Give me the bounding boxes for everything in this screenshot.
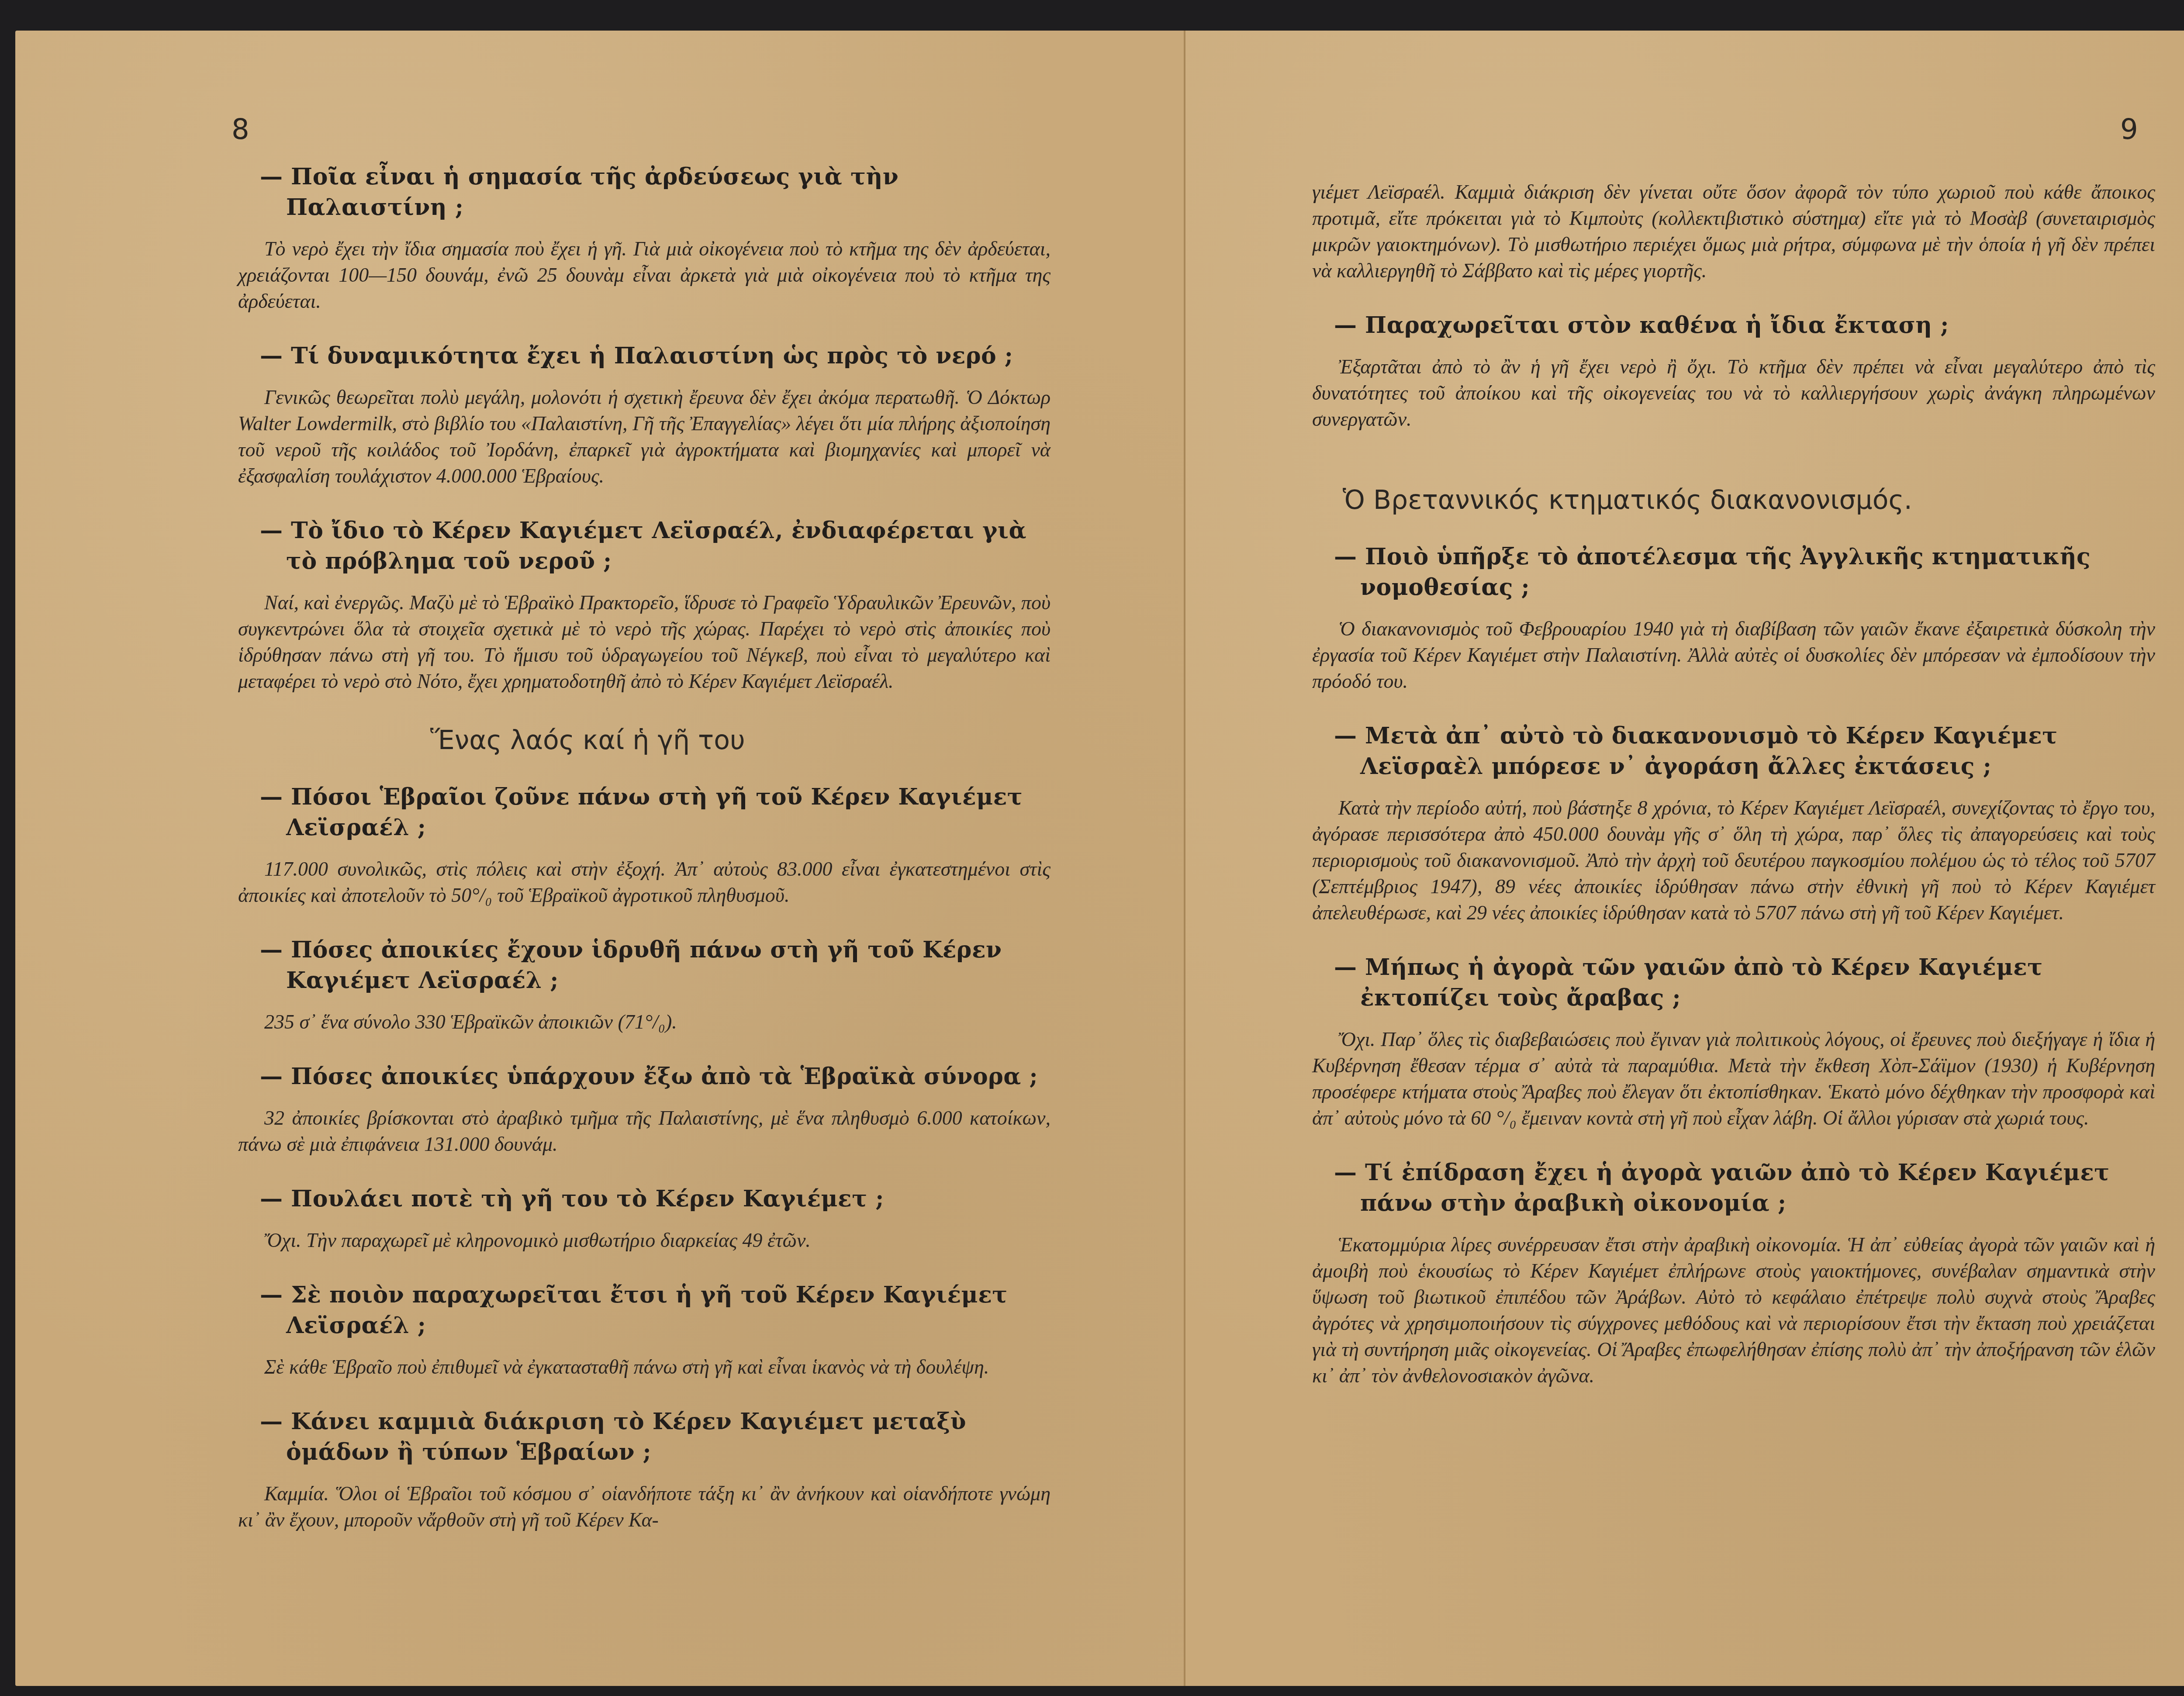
answer: 117.000 συνολικῶς, στὶς πόλεις καὶ στὴν … [238,856,1051,908]
page-number: 8 [232,114,249,146]
text-column: — Ποῖα εἶναι ἡ σημασία τῆς ἀρδεύσεως γιὰ… [238,162,1051,1559]
question: — Μήπως ἡ ἀγορὰ τῶν γαιῶν ἀπὸ τὸ Κέρεν Κ… [1312,952,2155,1013]
right-page: 9 γιέμετ Λεϊσραέλ. Καμμιὰ διάκριση δὲν γ… [1184,31,2184,1686]
question: — Πόσες ἀποικίες ἔχουν ἱδρυθῆ πάνω στὴ γ… [238,935,1051,996]
question: — Πόσες ἀποικίες ὑπάρχουν ἔξω ἀπὸ τὰ Ἑβρ… [238,1061,1051,1092]
answer: Ἑκατομμύρια λίρες συνέρρευσαν ἔτσι στὴν … [1312,1232,2155,1389]
question: — Μετὰ ἀπ᾿ αὐτὸ τὸ διακανονισμὸ τὸ Κέρεν… [1312,721,2155,782]
question: — Τί ἐπίδραση ἔχει ἡ ἀγορὰ γαιῶν ἀπὸ τὸ … [1312,1157,2155,1219]
answer: Κατὰ τὴν περίοδο αὐτή, ποὺ βάστηξε 8 χρό… [1312,795,2155,926]
answer: Γενικῶς θεωρεῖται πολὺ μεγάλη, μολονότι … [238,384,1051,489]
answer: 32 ἀποικίες βρίσκονται στὸ ἀραβικὸ τμῆμα… [238,1105,1051,1157]
answer: Ναί, καὶ ἐνεργῶς. Μαζὺ μὲ τὸ Ἑβραϊκὸ Πρα… [238,590,1051,694]
section-title: Ὁ Βρεταννικός κτηματικός διακανονισμός. [1312,485,2155,515]
page-number: 9 [2120,114,2138,146]
answer: Ὁ διακανονισμὸς τοῦ Φεβρουαρίου 1940 γιὰ… [1312,616,2155,694]
question: — Τί δυναμικότητα ἔχει ἡ Παλαιστίνη ὡς π… [238,341,1051,371]
answer: 235 σ᾿ ἕνα σύνολο 330 Ἑβραϊκῶν ἀποικιῶν … [238,1009,1051,1035]
question: — Τὸ ἴδιο τὸ Κέρεν Καγιέμετ Λεϊσραέλ, ἐν… [238,515,1051,577]
question: — Σὲ ποιὸν παραχωρεῖται ἔτσι ἡ γῆ τοῦ Κέ… [238,1280,1051,1341]
answer: Τὸ νερὸ ἔχει τὴν ἴδια σημασία ποὺ ἔχει ἡ… [238,236,1051,314]
answer: Ἐξαρτᾶται ἀπὸ τὸ ἂν ἡ γῆ ἔχει νερὸ ἢ ὄχι… [1312,354,2155,432]
question: — Πόσοι Ἑβραῖοι ζοῦνε πάνω στὴ γῆ τοῦ Κέ… [238,782,1051,843]
question: — Κάνει καμμιὰ διάκριση τὸ Κέρεν Καγιέμε… [238,1406,1051,1468]
section-title: Ἕνας λαός καί ἡ γῆ του [238,725,1051,756]
text-column: γιέμετ Λεϊσραέλ. Καμμιὰ διάκριση δὲν γίν… [1312,179,2155,1415]
question: — Ποιὸ ὑπῆρξε τὸ ἀποτέλεσμα τῆς Ἀγγλικῆς… [1312,542,2155,603]
question: — Πουλάει ποτὲ τὴ γῆ του τὸ Κέρεν Καγιέμ… [238,1184,1051,1214]
question: — Παραχωρεῖται στὸν καθένα ἡ ἴδια ἔκταση… [1312,310,2155,341]
left-page: 8 — Ποῖα εἶναι ἡ σημασία τῆς ἀρδεύσεως γ… [15,31,1184,1686]
answer: Σὲ κάθε Ἑβραῖο ποὺ ἐπιθυμεῖ νὰ ἐγκαταστα… [238,1354,1051,1380]
answer: Ὄχι. Παρ᾿ ὅλες τὶς διαβεβαιώσεις ποὺ ἔγι… [1312,1026,2155,1131]
answer: Καμμία. Ὅλοι οἱ Ἑβραῖοι τοῦ κόσμου σ᾿ οἱ… [238,1481,1051,1533]
answer: Ὄχι. Τὴν παραχωρεῖ μὲ κληρονομικὸ μισθωτ… [238,1227,1051,1254]
question: — Ποῖα εἶναι ἡ σημασία τῆς ἀρδεύσεως γιὰ… [238,162,1051,223]
answer-continuation: γιέμετ Λεϊσραέλ. Καμμιὰ διάκριση δὲν γίν… [1312,179,2155,284]
